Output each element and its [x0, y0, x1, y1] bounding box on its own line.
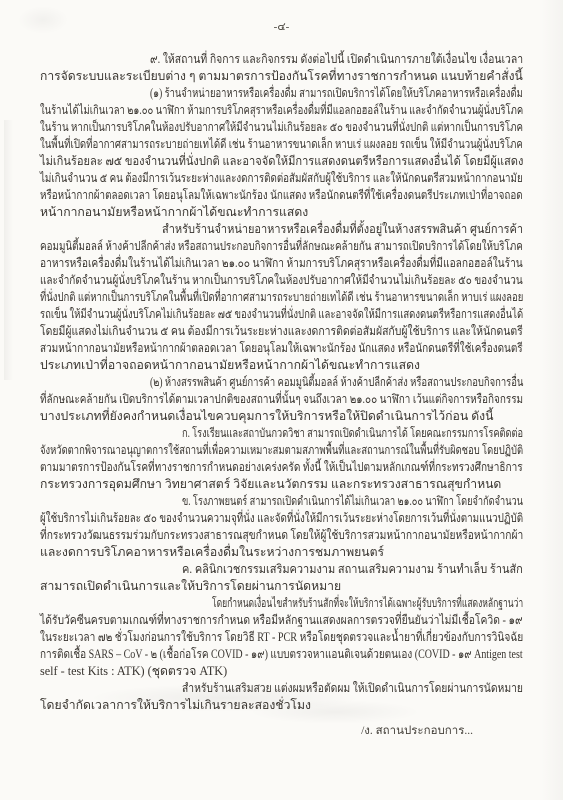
text-line: ข. โรงภาพยนตร์ สามารถเปิดดำเนินการได้ไม่…: [40, 493, 523, 510]
text-line: (๒) ห้างสรรพสินค้า ศูนย์การค้า คอมมูนิตี…: [40, 374, 523, 391]
scan-smudge: [4, 120, 13, 380]
text-line: คอมมูนิตี้มอลล์ ห้างค้าปลีกค้าส่ง หรือสถ…: [40, 238, 523, 255]
text-line: กระทรวงการอุดมศึกษา วิทยาศาสตร์ วิจัยและ…: [40, 476, 523, 493]
text-line: ที่กระทรวงวัฒนธรรมร่วมกับกระทรวงสาธารณสุ…: [40, 527, 523, 544]
text-line: ไม่เกินร้อยละ ๗๕ ของจำนวนที่นั่งปกติ และ…: [40, 153, 523, 170]
text-line: หน้ากากอนามัยหรือหน้ากากผ้าได้ขณะทำการแส…: [40, 204, 523, 221]
text-line: ไม่เกินจำนวน ๕ คน ต้องมีการเว้นระยะห่างแ…: [40, 170, 523, 187]
document-page: -๔- ๙. ให้สถานที่ กิจการ และกิจกรรม ดังต…: [0, 0, 563, 800]
text-line: ตามมาตรการป้องกันโรคที่ทางราชการกำหนดอย่…: [40, 459, 523, 476]
text-line: บางประเภทที่ยังคงกำหนดเงื่อนไขควบคุมการใ…: [40, 408, 523, 425]
text-line: ที่นั่งปกติ แต่หากเป็นการบริโภคในพื้นที่…: [40, 289, 523, 306]
text-line: ในระยะเวลา ๗๒ ชั่วโมงก่อนการใช้บริการ โด…: [40, 629, 523, 646]
text-line: โดยจำกัดเวลาการให้บริการไม่เกินรายละสองช…: [40, 697, 523, 714]
text-line: จังหวัดตากพิจารณาอนุญาตการใช้สถานที่เพื่…: [40, 442, 523, 459]
text-line: โดยมีผู้แสดงไม่เกินจำนวน ๕ คน ต้องมีการเ…: [40, 323, 523, 340]
text-line: ในร้าน หากเป็นการบริโภคในห้องปรับอากาศให…: [40, 119, 523, 136]
text-line: รถเข็น ให้มีจำนวนผู้นั่งบริโภคไม่เกินร้อ…: [40, 306, 523, 323]
text-line: (๑) ร้านจำหน่ายอาหารหรือเครื่องดื่ม สามา…: [40, 85, 523, 102]
document-content: -๔- ๙. ให้สถานที่ กิจการ และกิจกรรม ดังต…: [40, 20, 523, 714]
text-line: ในร้านได้ไม่เกินเวลา ๒๑.๐๐ นาฬิกา ห้ามกา…: [40, 102, 523, 119]
text-line: สามารถเปิดดำเนินการและให้บริการโดยผ่านกา…: [40, 578, 523, 595]
text-line: และงดการบริโภคอาหารหรือเครื่องดื่มในระหว…: [40, 544, 523, 561]
text-line: ค. คลินิกเวชกรรมเสริมความงาม สถานเสริมคว…: [40, 561, 523, 578]
text-line: ก. โรงเรียนและสถาบันกวดวิชา สามารถเปิดดำ…: [40, 425, 523, 442]
text-line: การจัดระบบและระเบียบต่าง ๆ ตามมาตรการป้อ…: [40, 68, 523, 85]
footer-catchword: /ง. สถานประกอบการ...: [361, 722, 473, 740]
text-line: การติดเชื้อ SARS – CoV - ๒ (เชื้อก่อโรค …: [40, 646, 523, 663]
text-line: สวมหน้ากากอนามัยหรือหน้ากากผ้าตลอดเวลา โ…: [40, 340, 523, 357]
text-line: สำหรับร้านจำหน่ายอาหารหรือเครื่องดื่มที่…: [40, 221, 523, 238]
text-line: ผู้ใช้บริการไม่เกินร้อยละ ๕๐ ของจำนวนควา…: [40, 510, 523, 527]
text-line: โดยกำหนดเงื่อนไขสำหรับร้านสักที่จะให้บริ…: [40, 595, 523, 612]
page-number: -๔-: [40, 20, 523, 34]
text-line: ๙. ให้สถานที่ กิจการ และกิจกรรม ดังต่อไป…: [40, 51, 523, 68]
text-line: และจำกัดจำนวนผู้นั่งบริโภคในร้าน หากเป็น…: [40, 272, 523, 289]
text-line: อาหารหรือเครื่องดื่มในร้านได้ไม่เกินเวลา…: [40, 255, 523, 272]
text-line: ที่ลักษณะคล้ายกัน เปิดบริการได้ตามเวลาปก…: [40, 391, 523, 408]
text-line: ประเภทเป่าที่อาจถอดหน้ากากอนามัยหรือหน้า…: [40, 357, 523, 374]
text-line: ในพื้นที่เปิดที่อากาศสามารถระบายถ่ายเทได…: [40, 136, 523, 153]
document-body: ๙. ให้สถานที่ กิจการ และกิจกรรม ดังต่อไป…: [40, 51, 523, 714]
text-line: สำหรับร้านเสริมสวย แต่งผมหรือตัดผม ให้เป…: [40, 680, 523, 697]
text-line: หรือหน้ากากผ้าตลอดเวลา โดยอนุโลมให้เฉพาะ…: [40, 187, 523, 204]
text-line: self - test Kits : ATK) (ชุดตรวจ ATK): [40, 663, 523, 680]
text-line: ได้รับวัคซีนครบตามเกณฑ์ที่ทางราชการกำหนด…: [40, 612, 523, 629]
